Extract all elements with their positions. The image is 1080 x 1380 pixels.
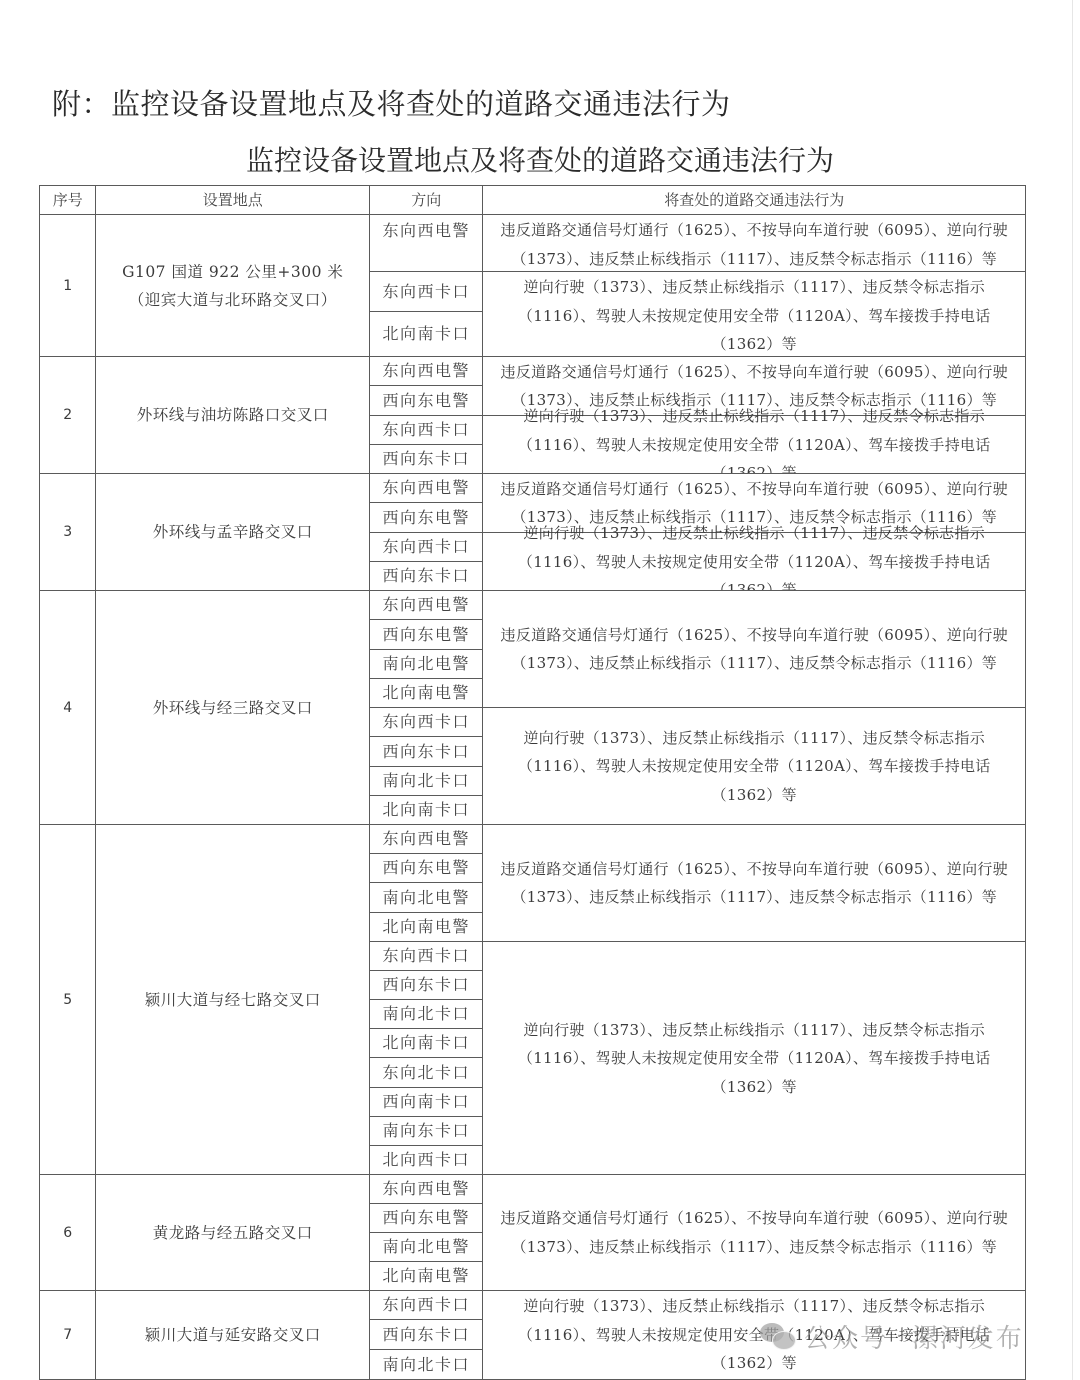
violation-signal-cell: 违反道路交通信号灯通行（1625）、不按导向车道行驶（6095）、逆向行驶（13…: [482, 590, 1026, 708]
violation-text: 逆向行驶（1373）、违反禁止标线指示（1117）、违反禁令标志指示（1116）…: [491, 1292, 1017, 1378]
direction-cell: 南向北卡口: [369, 1349, 483, 1380]
violation-checkpoint-cell: 逆向行驶（1373）、违反禁止标线指示（1117）、违反禁令标志指示（1116）…: [482, 941, 1026, 1175]
row-location: 外环线与孟辛路交叉口: [95, 473, 370, 591]
direction-cell: 西向东电警: [369, 1203, 483, 1233]
violation-signal-cell: 违反道路交通信号灯通行（1625）、不按导向车道行驶（6095）、逆向行驶（13…: [482, 1174, 1026, 1291]
direction-cell: 西向东卡口: [369, 736, 483, 767]
direction-cell: 北向南卡口: [369, 795, 483, 825]
direction-cell: 北向南卡口: [369, 311, 483, 357]
direction-cell: 南向东卡口: [369, 1116, 483, 1146]
direction-cell: 南向北电警: [369, 882, 483, 913]
direction-cell: 东向西电警: [369, 1174, 483, 1204]
violation-signal-cell: 违反道路交通信号灯通行（1625）、不按导向车道行驶（6095）、逆向行驶（13…: [482, 214, 1026, 272]
direction-cell: 西向东卡口: [369, 1319, 483, 1350]
row-seq-number: 1: [39, 214, 96, 357]
direction-cell: 南向北电警: [369, 1232, 483, 1262]
direction-cell: 东向西卡口: [369, 415, 483, 445]
violation-signal-cell: 违反道路交通信号灯通行（1625）、不按导向车道行驶（6095）、逆向行驶（13…: [482, 824, 1026, 942]
row-location: 黄龙路与经五路交叉口: [95, 1174, 370, 1291]
direction-cell: 西向东电警: [369, 385, 483, 416]
row-location: 颍川大道与经七路交叉口: [95, 824, 370, 1175]
violation-text: 违反道路交通信号灯通行（1625）、不按导向车道行驶（6095）、逆向行驶（13…: [491, 855, 1017, 912]
direction-cell: 东向西卡口: [369, 532, 483, 562]
direction-cell: 西向南卡口: [369, 1087, 483, 1117]
direction-cell: 西向东电警: [369, 853, 483, 883]
direction-cell: 东向北卡口: [369, 1057, 483, 1088]
direction-cell: 南向北卡口: [369, 766, 483, 796]
direction-cell: 北向南卡口: [369, 1028, 483, 1058]
direction-cell: 北向南电警: [369, 1261, 483, 1291]
direction-cell: 西向东电警: [369, 619, 483, 650]
direction-cell: 西向东卡口: [369, 970, 483, 1000]
violation-checkpoint-cell: 逆向行驶（1373）、违反禁止标线指示（1117）、违反禁令标志指示（1116）…: [482, 532, 1026, 591]
column-header-direction: 方向: [369, 185, 483, 215]
direction-cell: 东向西卡口: [369, 271, 483, 312]
direction-cell: 东向西电警: [369, 214, 483, 272]
violation-text: 逆向行驶（1373）、违反禁止标线指示（1117）、违反禁令标志指示（1116）…: [491, 273, 1017, 359]
direction-cell: 东向西电警: [369, 473, 483, 503]
violation-checkpoint-cell: 逆向行驶（1373）、违反禁止标线指示（1117）、违反禁令标志指示（1116）…: [482, 415, 1026, 474]
column-header-seq: 序号: [39, 185, 96, 215]
row-seq-number: 5: [39, 824, 96, 1175]
direction-cell: 东向西卡口: [369, 707, 483, 737]
violation-checkpoint-cell: 逆向行驶（1373）、违反禁止标线指示（1117）、违反禁令标志指示（1116）…: [482, 271, 1026, 357]
row-seq-number: 2: [39, 356, 96, 474]
violation-text: 逆向行驶（1373）、违反禁止标线指示（1117）、违反禁令标志指示（1116）…: [491, 724, 1017, 810]
direction-cell: 南向北卡口: [369, 999, 483, 1029]
monitoring-locations-table: 序号 设置地点 方向 将查处的道路交通违法行为 1G107 国道 922 公里+…: [0, 0, 1080, 1380]
direction-cell: 西向东卡口: [369, 561, 483, 591]
direction-cell: 东向西电警: [369, 590, 483, 620]
row-location: 颍川大道与延安路交叉口: [95, 1290, 370, 1380]
row-location: 外环线与经三路交叉口: [95, 590, 370, 825]
direction-cell: 北向西卡口: [369, 1145, 483, 1175]
direction-cell: 东向西卡口: [369, 1290, 483, 1320]
column-header-violations: 将查处的道路交通违法行为: [482, 185, 1026, 215]
direction-cell: 北向南电警: [369, 678, 483, 708]
direction-cell: 东向西电警: [369, 356, 483, 386]
direction-cell: 东向西电警: [369, 824, 483, 854]
row-seq-number: 6: [39, 1174, 96, 1291]
violation-checkpoint-cell: 逆向行驶（1373）、违反禁止标线指示（1117）、违反禁令标志指示（1116）…: [482, 707, 1026, 825]
violation-text: 违反道路交通信号灯通行（1625）、不按导向车道行驶（6095）、逆向行驶（13…: [491, 621, 1017, 678]
column-header-location: 设置地点: [95, 185, 370, 215]
row-location: 外环线与油坊陈路口交叉口: [95, 356, 370, 474]
row-seq-number: 4: [39, 590, 96, 825]
violation-text: 违反道路交通信号灯通行（1625）、不按导向车道行驶（6095）、逆向行驶（13…: [491, 1204, 1017, 1261]
violation-text: 违反道路交通信号灯通行（1625）、不按导向车道行驶（6095）、逆向行驶（13…: [491, 216, 1017, 273]
row-location: G107 国道 922 公里+300 米（迎宾大道与北环路交叉口）: [95, 214, 370, 357]
row-seq-number: 7: [39, 1290, 96, 1380]
direction-cell: 北向南电警: [369, 912, 483, 942]
direction-cell: 南向北电警: [369, 649, 483, 679]
violation-text: 逆向行驶（1373）、违反禁止标线指示（1117）、违反禁令标志指示（1116）…: [491, 1016, 1017, 1102]
direction-cell: 西向东电警: [369, 502, 483, 533]
direction-cell: 西向东卡口: [369, 444, 483, 474]
direction-cell: 东向西卡口: [369, 941, 483, 971]
violation-checkpoint-cell: 逆向行驶（1373）、违反禁止标线指示（1117）、违反禁令标志指示（1116）…: [482, 1290, 1026, 1380]
row-seq-number: 3: [39, 473, 96, 591]
